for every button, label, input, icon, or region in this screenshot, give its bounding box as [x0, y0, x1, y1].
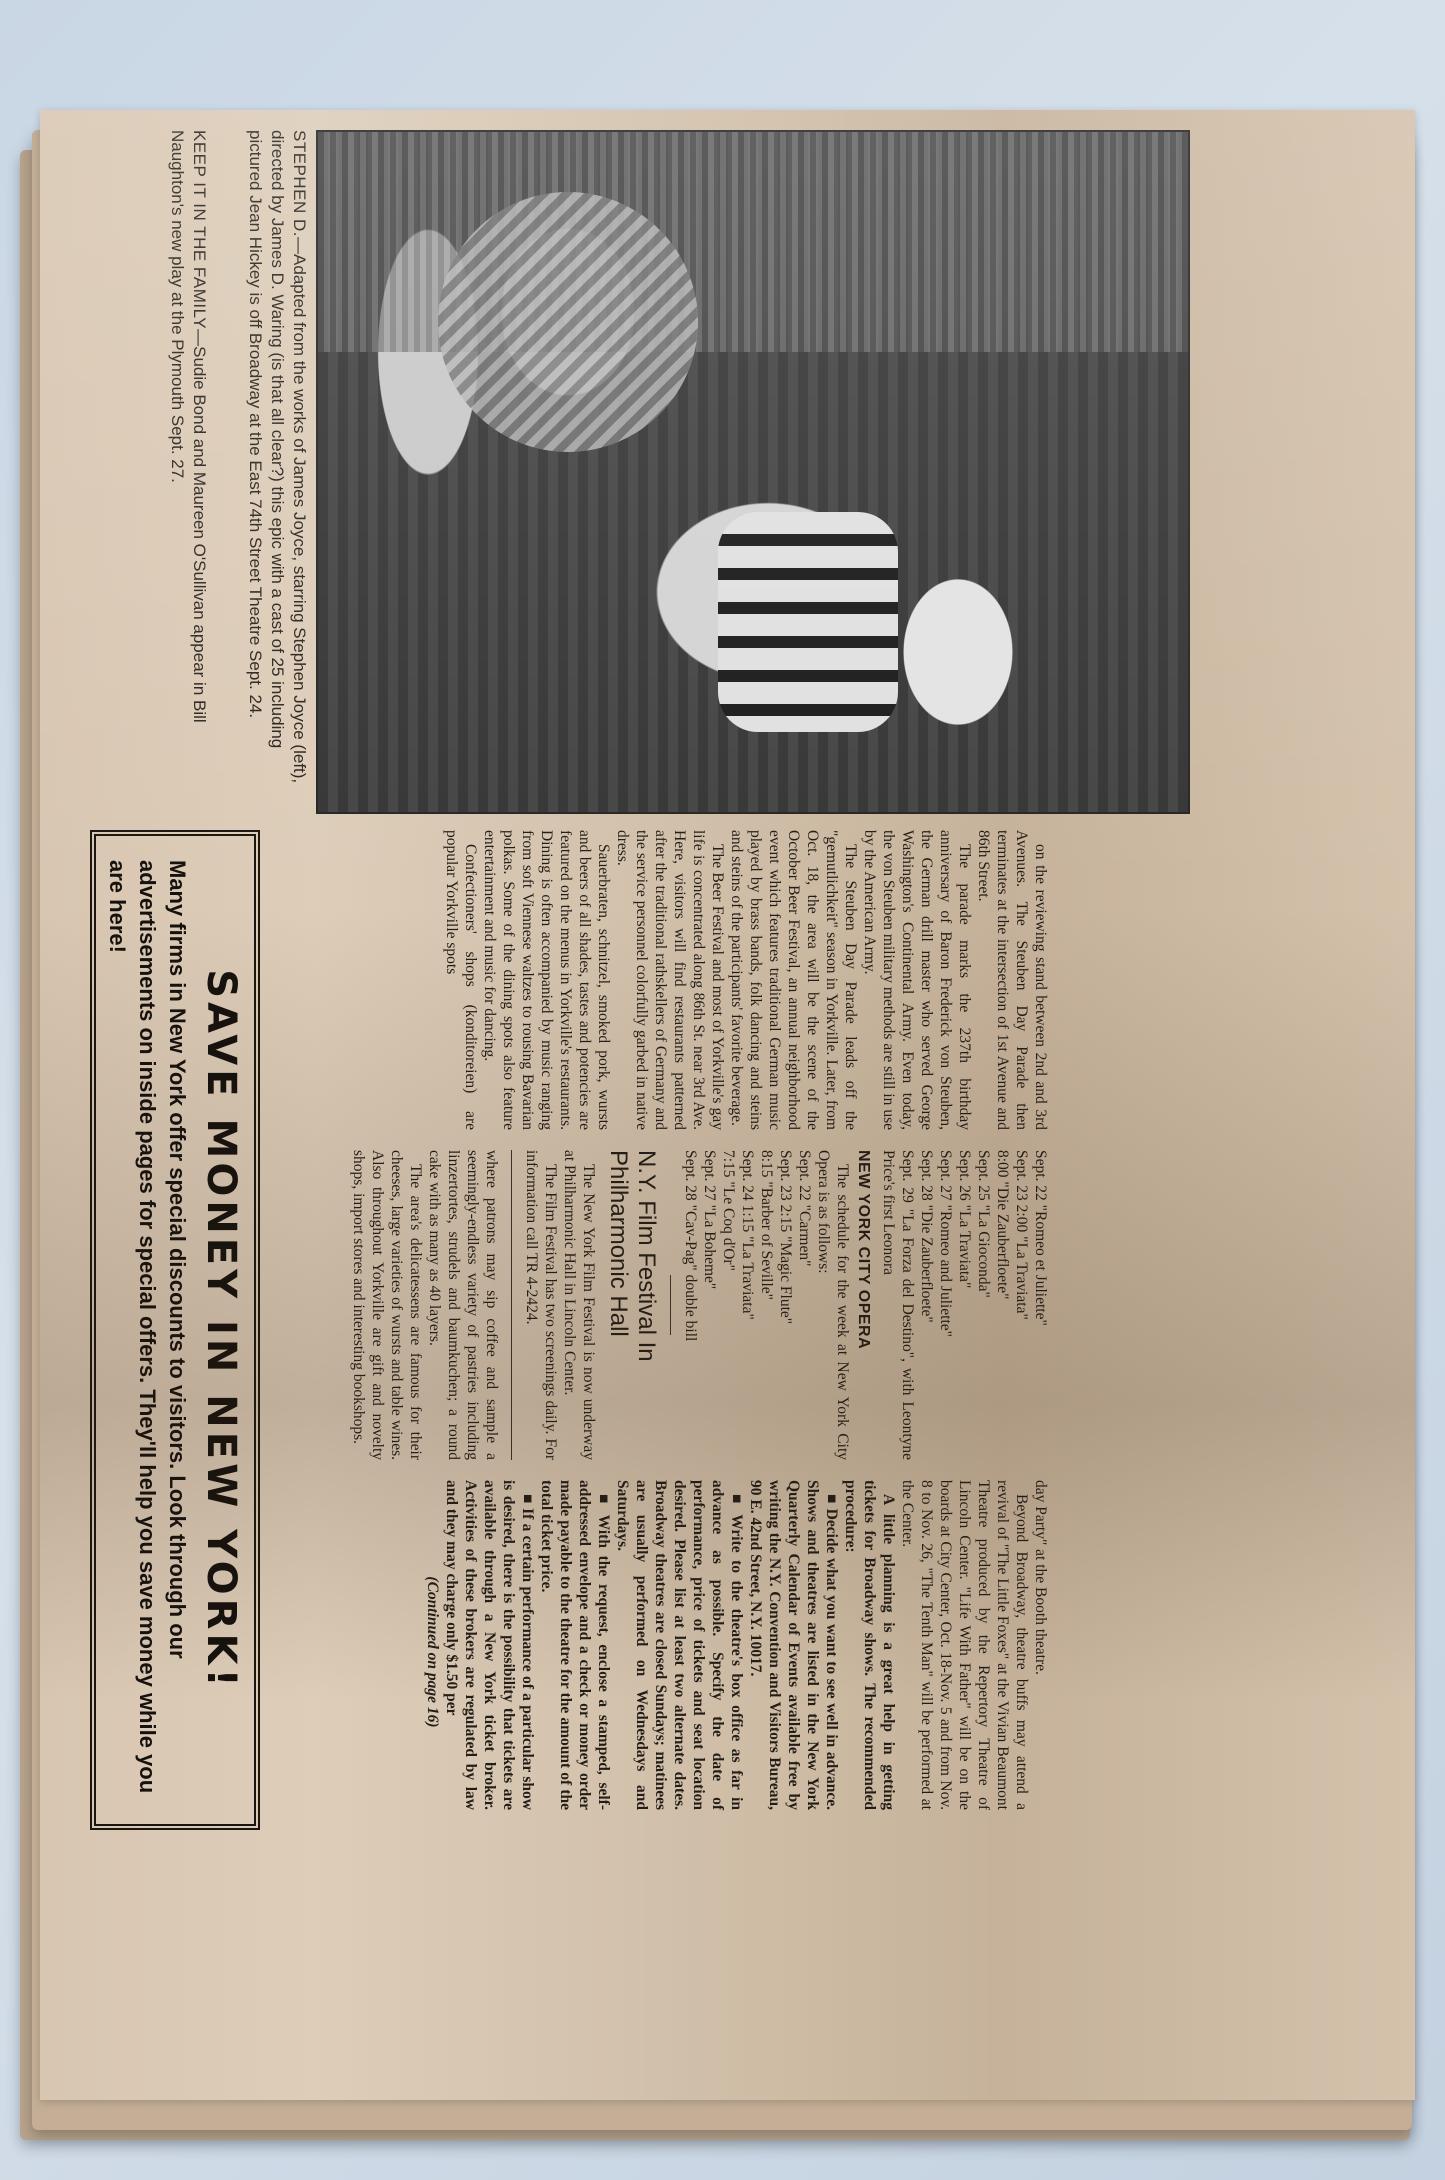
- schedule-line: Sept. 25 "La Gioconda": [974, 1150, 993, 1460]
- photo-caption-top: STEPHEN D.—Adapted from the works of Jam…: [244, 130, 310, 810]
- save-money-ad: SAVE MONEY IN NEW YORK! Many firms in Ne…: [90, 830, 260, 1830]
- paragraph: where patrons may sip coffee and sample …: [425, 1150, 501, 1460]
- caption-lead: KEEP IT IN THE FAMILY: [190, 130, 209, 329]
- article-column-3: day Party" at the Booth theatre. Beyond …: [423, 1480, 1050, 1810]
- paragraph: A little planning is a great help in get…: [841, 1480, 898, 1810]
- newspaper-page: STEPHEN D.—Adapted from the works of Jam…: [40, 110, 1415, 2100]
- paragraph: day Party" at the Booth theatre.: [1031, 1480, 1050, 1810]
- ad-body: Many firms in New York offer special dis…: [102, 860, 192, 1800]
- tip-text: With the request, enclose a stamped, sel…: [538, 1480, 612, 1810]
- schedule-line: Sept. 27 "Romeo and Juliette": [936, 1150, 955, 1460]
- continued-note: (Continued on page 16): [423, 1480, 442, 1810]
- schedule-line: Sept. 24 1:15 "La Traviata": [738, 1150, 757, 1460]
- tip-item: ■ Write to the theatre's box office as f…: [613, 1480, 746, 1810]
- article-column-2: Sept. 22 "Romeo et Juliette" Sept. 23 2:…: [349, 1150, 1050, 1460]
- paragraph: Beyond Broadway, theatre buffs may atten…: [898, 1480, 1031, 1810]
- schedule-line: Sept. 23 2:00 "La Traviata": [1012, 1150, 1031, 1460]
- paragraph: The Film Festival has two screenings dai…: [522, 1150, 560, 1460]
- schedule-line: Sept. 23 2:15 "Magic Flute": [776, 1150, 795, 1460]
- headline-film-festival: N.Y. Film Festival In Philharmonic Hall: [604, 1150, 660, 1460]
- paragraph: The Beer Festival and most of Yorkville'…: [613, 830, 727, 1130]
- schedule-line: Sept. 29 "La Forza del Destino", with Le…: [879, 1150, 917, 1460]
- tip-item: ■ Decide what you want to see well in ad…: [746, 1480, 841, 1810]
- schedule-line: Sept. 22 "Carmen": [795, 1150, 814, 1460]
- article-column-1: on the reviewing stand between 2nd and 3…: [442, 830, 1050, 1130]
- photo-caption-bottom: KEEP IT IN THE FAMILY—Sudie Bond and Mau…: [166, 130, 210, 810]
- schedule-line: 8:15 "Barber of Seville": [757, 1150, 776, 1460]
- rotated-content: STEPHEN D.—Adapted from the works of Jam…: [90, 130, 1370, 2070]
- schedule-line: Sept. 26 "La Traviata": [955, 1150, 974, 1460]
- paragraph: Sauerbraten, schnitzel, smoked pork, wur…: [480, 830, 613, 1130]
- caption-lead: STEPHEN D.: [290, 130, 309, 237]
- section-heading-nyco: NEW YORK CITY OPERA: [854, 1150, 873, 1460]
- divider: [670, 1275, 671, 1335]
- schedule-line: Sept. 22 "Romeo et Juliette": [1031, 1150, 1050, 1460]
- paragraph: on the reviewing stand between 2nd and 3…: [974, 830, 1050, 1130]
- paragraph: The schedule for the week at New York Ci…: [814, 1150, 852, 1460]
- paragraph: The New York Film Festival is now underw…: [560, 1150, 598, 1460]
- tip-text: If a certain performance of a particular…: [443, 1480, 536, 1810]
- paragraph: The Steuben Day Parade leads off the "ge…: [727, 830, 860, 1130]
- ad-title: SAVE MONEY IN NEW YORK!: [198, 860, 244, 1800]
- paragraph: The parade marks the 237th birthday anni…: [860, 830, 974, 1130]
- schedule-line: Sept. 28 "Cav-Pag" double bill: [681, 1150, 700, 1460]
- stage-photo: [316, 130, 1190, 814]
- divider: [511, 1150, 512, 1460]
- paragraph: Confectioners' shops (konditoreien) are …: [442, 830, 480, 1130]
- schedule-line: 7:15 "Le Coq d'Or": [719, 1150, 738, 1460]
- tip-item: ■ With the request, enclose a stamped, s…: [537, 1480, 613, 1810]
- tip-text: Write to the theatre's box office as far…: [614, 1480, 745, 1810]
- schedule-line: 8:00 "Die Zauberfloete": [993, 1150, 1012, 1460]
- schedule-line: Sept. 28 "Die Zauberfloete": [917, 1150, 936, 1460]
- paragraph: The area's delicatessens are famous for …: [349, 1150, 425, 1460]
- tip-text: Decide what you want to see well in adva…: [747, 1480, 840, 1810]
- tip-item: ■ If a certain performance of a particul…: [442, 1480, 537, 1810]
- photo-seated-figure: [438, 192, 698, 452]
- schedule-line: Sept. 27 "La Boheme": [700, 1150, 719, 1460]
- photo-striped-shirt: [718, 512, 898, 732]
